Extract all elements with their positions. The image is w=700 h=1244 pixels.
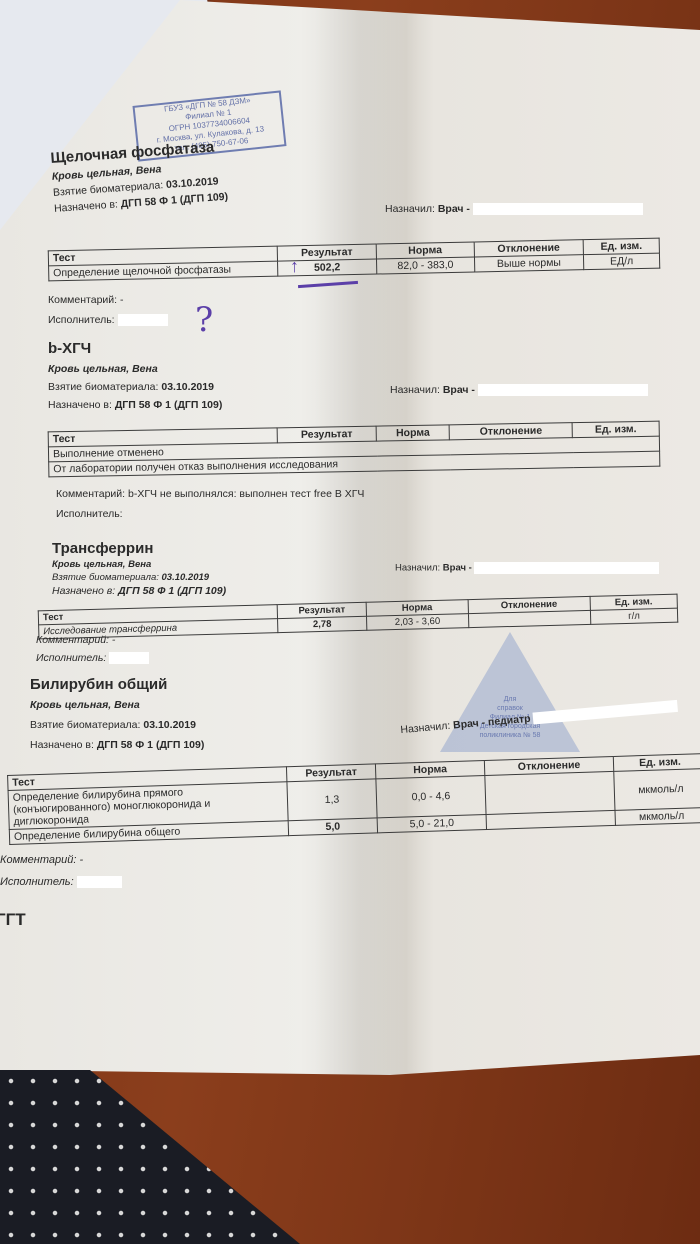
assigned-label: Назначено в:	[30, 739, 94, 751]
comment-label: Комментарий:	[56, 488, 125, 500]
performer-line: Исполнитель:	[48, 314, 168, 326]
ordered-by: Назначил: Врач -	[390, 384, 648, 396]
assigned-line: Назначено в: ДГП 58 Ф 1 (ДГП 109)	[52, 585, 226, 597]
cell-unit: ЕД/л	[584, 253, 660, 270]
comment-block: Комментарий: - Исполнитель:	[36, 630, 149, 664]
handwritten-arrow-icon: ↑	[290, 256, 299, 277]
cell-deviation	[485, 771, 615, 814]
ordered-by-doctor: Врач -	[438, 203, 470, 215]
performer-line: Исполнитель:	[36, 652, 149, 664]
section-b-hcg: b-ХГЧ Кровь цельная, Вена Взятие биомате…	[48, 340, 222, 411]
col-result: Результат	[277, 426, 376, 443]
collection-date: 03.10.2019	[161, 381, 214, 393]
section-alkaline-phosphatase: Щелочная фосфатаза Кровь цельная, Вена В…	[50, 138, 228, 215]
assigned-label: Назначено в:	[52, 585, 115, 597]
stamp-line: Для	[470, 695, 550, 704]
assigned-line: Назначено в: ДГП 58 Ф 1 (ДГП 109)	[48, 399, 222, 411]
comment-text: -	[112, 634, 116, 646]
assigned-line: Назначено в: ДГП 58 Ф 1 (ДГП 109)	[30, 739, 204, 751]
collection-label: Взятие биоматериала:	[52, 572, 159, 583]
performer-line: Исполнитель:	[0, 876, 122, 888]
redacted-name	[118, 314, 168, 326]
col-unit: Ед. изм.	[583, 238, 659, 255]
collection-date: 03.10.2019	[143, 719, 196, 731]
collection-line: Взятие биоматериала: 03.10.2019	[52, 572, 226, 583]
collection-label: Взятие биоматериала:	[48, 381, 158, 393]
cell-result: 1,3	[287, 779, 377, 821]
collection-date: 03.10.2019	[162, 572, 210, 583]
paper-fold	[300, 0, 420, 1080]
collection-line: Взятие биоматериала: 03.10.2019	[30, 719, 204, 731]
col-unit: Ед. изм.	[572, 421, 659, 438]
assigned-at: ДГП 58 Ф 1 (ДГП 109)	[118, 585, 226, 597]
performer-label: Исполнитель:	[56, 508, 123, 520]
performer-label: Исполнитель:	[48, 314, 115, 326]
stamp-line: поликлиника № 58	[470, 731, 550, 740]
cell-norm: 0,0 - 4,6	[376, 776, 486, 818]
assigned-label: Назначено в:	[48, 399, 112, 411]
cell-unit: мкмоль/л	[614, 769, 700, 811]
redacted-name	[478, 384, 648, 396]
ordered-by: Назначил: Врач -	[395, 562, 659, 574]
comment-block: Комментарий: - Исполнитель:	[0, 850, 122, 888]
handwritten-question-mark: ?	[195, 300, 213, 340]
specimen: Кровь цельная, Вена	[48, 363, 222, 375]
ordered-by: Назначил: Врач -	[385, 203, 643, 215]
comment-label: Комментарий:	[48, 294, 117, 306]
cell-norm: 5,0 - 21,0	[377, 814, 486, 832]
assigned-at: ДГП 58 Ф 1 (ДГП 109)	[115, 399, 223, 411]
cell-norm: 82,0 - 383,0	[376, 257, 474, 274]
comment-label: Комментарий:	[36, 634, 109, 646]
comment-label: Комментарий:	[0, 854, 76, 866]
section-ggt: ГГТ	[0, 910, 26, 930]
collection-line: Взятие биоматериала: 03.10.2019	[48, 381, 222, 393]
collection-date: 03.10.2019	[166, 175, 219, 191]
redacted-name	[109, 652, 149, 664]
ordered-by-label: Назначил:	[395, 563, 440, 574]
section-title: b-ХГЧ	[48, 340, 222, 357]
comment-line: Комментарий: b-ХГЧ не выполнялся: выполн…	[56, 488, 364, 500]
comment-line: Комментарий: -	[0, 854, 122, 866]
cell-result: 5,0	[288, 818, 377, 836]
collection-label: Взятие биоматериала:	[30, 719, 140, 731]
section-bilirubin: Билирубин общий Кровь цельная, Вена Взят…	[30, 676, 204, 751]
redacted-name	[473, 203, 643, 215]
section-title: Билирубин общий	[30, 676, 204, 693]
redacted-name	[77, 876, 122, 888]
assigned-at: ДГП 58 Ф 1 (ДГП 109)	[97, 739, 205, 751]
comment-text: -	[120, 294, 124, 306]
cell-deviation	[468, 610, 591, 627]
comment-line: Комментарий: -	[48, 294, 168, 306]
ordered-by-doctor: Врач -	[443, 563, 472, 574]
performer-label: Исполнитель:	[36, 652, 106, 664]
cell-unit: мкмоль/л	[615, 808, 700, 826]
comment-text: -	[79, 854, 83, 866]
performer-label: Исполнитель:	[0, 876, 74, 888]
cell-norm: 2,03 - 3,60	[366, 614, 468, 631]
section-transferrin: Трансферрин Кровь цельная, Вена Взятие б…	[52, 540, 226, 597]
ordered-by-label: Назначил:	[385, 203, 435, 215]
redacted-name	[474, 562, 659, 574]
cell-result: 2,78	[278, 616, 367, 632]
cell-deviation: Выше нормы	[474, 255, 584, 272]
polka-dot-fabric	[0, 1070, 300, 1244]
comment-line: Комментарий: -	[36, 634, 149, 646]
ordered-by-label: Назначил:	[390, 384, 440, 396]
cell-unit: г/л	[590, 608, 677, 624]
section-title: Трансферрин	[52, 540, 226, 557]
performer-line: Исполнитель:	[56, 508, 364, 520]
section-title: ГГТ	[0, 910, 26, 930]
comment-text: b-ХГЧ не выполнялся: выполнен тест free …	[128, 488, 364, 500]
comment-block: Комментарий: - Исполнитель:	[48, 290, 168, 326]
ordered-by-doctor: Врач -	[443, 384, 475, 396]
specimen: Кровь цельная, Вена	[30, 699, 204, 711]
specimen: Кровь цельная, Вена	[52, 559, 226, 570]
col-norm: Норма	[376, 425, 450, 441]
comment-block: Комментарий: b-ХГЧ не выполнялся: выполн…	[56, 484, 364, 520]
